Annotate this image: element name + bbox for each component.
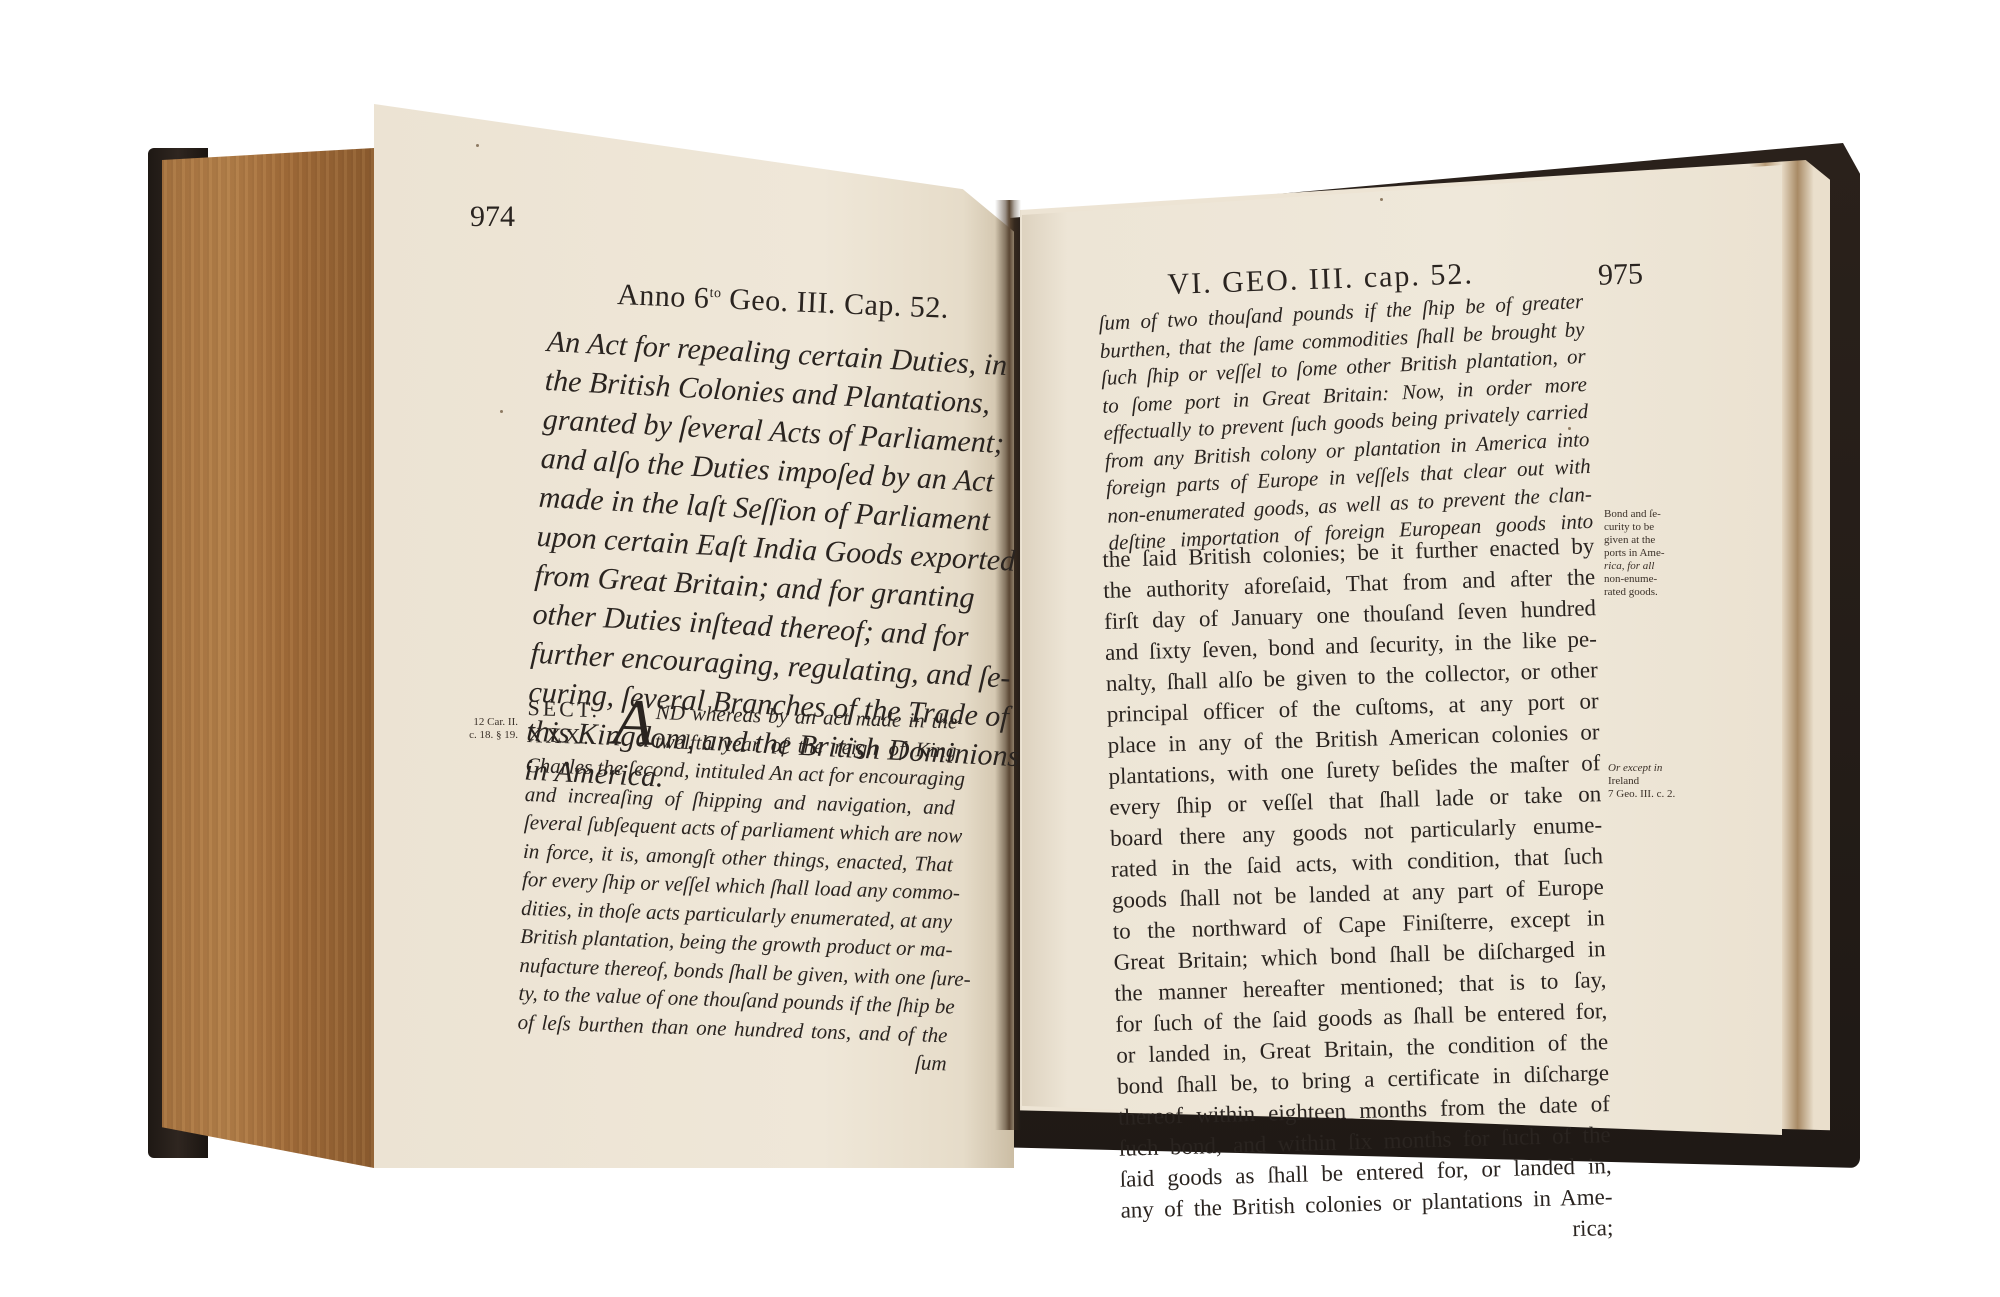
left-margin-note: 12 Car. II. c. 18. § 19. — [448, 716, 518, 742]
section-label: SECT. — [527, 694, 614, 724]
margin-note-line: Or except in — [1608, 762, 1698, 775]
margin-note-line: Ireland — [1608, 775, 1698, 788]
margin-note-line: ports in Ame- — [1604, 547, 1684, 560]
running-head-sup: to — [709, 286, 722, 301]
left-page-number: 974 — [470, 200, 515, 234]
section-xxx: SECT. XXX. A ND whereas by an act made i… — [516, 694, 957, 1078]
margin-note-line: c. 18. § 19. — [448, 729, 518, 742]
margin-note-line: given at the — [1604, 534, 1684, 547]
section-opening: A ND whereas by an act made in the twelf… — [612, 697, 958, 765]
right-roman-paragraph: the ſaid British colonies; be it further… — [1102, 530, 1614, 1256]
book-photo: 974 Anno 6to Geo. III. Cap. 52. An Act f… — [0, 0, 2000, 1297]
right-margin-note-ireland: Or except in Ireland 7 Geo. III. c. 2. — [1608, 762, 1698, 801]
margin-note-line: curity to be — [1604, 521, 1684, 534]
margin-note-line: Bond and ſe- — [1604, 508, 1684, 521]
running-head-prefix: Anno 6 — [617, 278, 710, 315]
right-page-number: 975 — [1597, 257, 1643, 293]
section-number: XXX. — [526, 721, 613, 751]
paper-speck — [1568, 427, 1571, 430]
paper-speck — [500, 410, 503, 413]
section-heading: SECT. XXX. — [526, 694, 614, 751]
paper-speck — [1380, 198, 1383, 201]
paper-speck — [476, 144, 479, 147]
margin-note-line: rated goods. — [1604, 586, 1684, 599]
margin-note-line: non-enume- — [1604, 573, 1684, 586]
margin-note-line: 7 Geo. III. c. 2. — [1608, 788, 1698, 801]
drop-cap: A — [612, 697, 654, 750]
margin-note-line: rica, for all — [1604, 560, 1684, 573]
fore-edge — [162, 148, 374, 1168]
margin-note-line: 12 Car. II. — [448, 716, 518, 729]
right-italic-paragraph: ſum of two thouſand pounds if the ſhip b… — [1098, 288, 1594, 557]
right-margin-note-bond: Bond and ſe- curity to be given at the p… — [1604, 508, 1684, 599]
left-body: Charles the ſecond, intituled An act for… — [516, 751, 956, 1078]
